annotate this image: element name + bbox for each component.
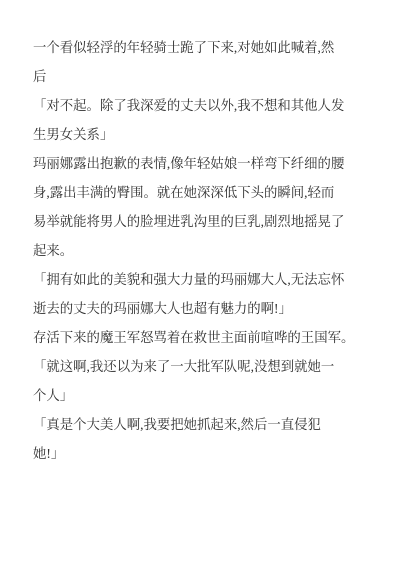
reader-page: 一个看似轻浮的年轻骑士跪了下来,对她如此喊着,然后「对不起。除了我深爱的丈夫以外…	[0, 0, 400, 567]
text-line: 「真是个大美人啊,我要把她抓起来,然后一直侵犯	[33, 410, 356, 439]
text-line: 后	[33, 62, 356, 91]
paragraph: 「对不起。除了我深爱的丈夫以外,我不想和其他人发生男女关系」	[33, 91, 356, 149]
text-line: 逝去的丈夫的玛丽娜大人也超有魅力的啊!」	[33, 294, 356, 323]
text-line: 「拥有如此的美貌和强大力量的玛丽娜大人,无法忘怀	[33, 265, 356, 294]
paragraph: 「拥有如此的美貌和强大力量的玛丽娜大人,无法忘怀逝去的丈夫的玛丽娜大人也超有魅力…	[33, 265, 356, 323]
text-line: 「就这啊,我还以为来了一大批军队呢,没想到就她一	[33, 352, 356, 381]
paragraph: 「就这啊,我还以为来了一大批军队呢,没想到就她一个人」	[33, 352, 356, 410]
text-line: 一个看似轻浮的年轻骑士跪了下来,对她如此喊着,然	[33, 33, 356, 62]
paragraph: 「真是个大美人啊,我要把她抓起来,然后一直侵犯她!」	[33, 410, 356, 468]
text-content: 一个看似轻浮的年轻骑士跪了下来,对她如此喊着,然后「对不起。除了我深爱的丈夫以外…	[33, 33, 356, 468]
text-line: 身,露出丰满的臀围。就在她深深低下头的瞬间,轻而	[33, 178, 356, 207]
text-line: 玛丽娜露出抱歉的表情,像年轻姑娘一样弯下纤细的腰	[33, 149, 356, 178]
paragraph: 一个看似轻浮的年轻骑士跪了下来,对她如此喊着,然后	[33, 33, 356, 91]
text-line: 存活下来的魔王军怒骂着在救世主面前喧哗的王国军。	[33, 323, 356, 352]
text-line: 个人」	[33, 381, 356, 410]
text-line: 起来。	[33, 236, 356, 265]
text-line: 她!」	[33, 439, 356, 468]
paragraph: 玛丽娜露出抱歉的表情,像年轻姑娘一样弯下纤细的腰身,露出丰满的臀围。就在她深深低…	[33, 149, 356, 265]
text-line: 生男女关系」	[33, 120, 356, 149]
text-line: 易举就能将男人的脸埋进乳沟里的巨乳,剧烈地摇晃了	[33, 207, 356, 236]
paragraph: 存活下来的魔王军怒骂着在救世主面前喧哗的王国军。	[33, 323, 356, 352]
text-line: 「对不起。除了我深爱的丈夫以外,我不想和其他人发	[33, 91, 356, 120]
